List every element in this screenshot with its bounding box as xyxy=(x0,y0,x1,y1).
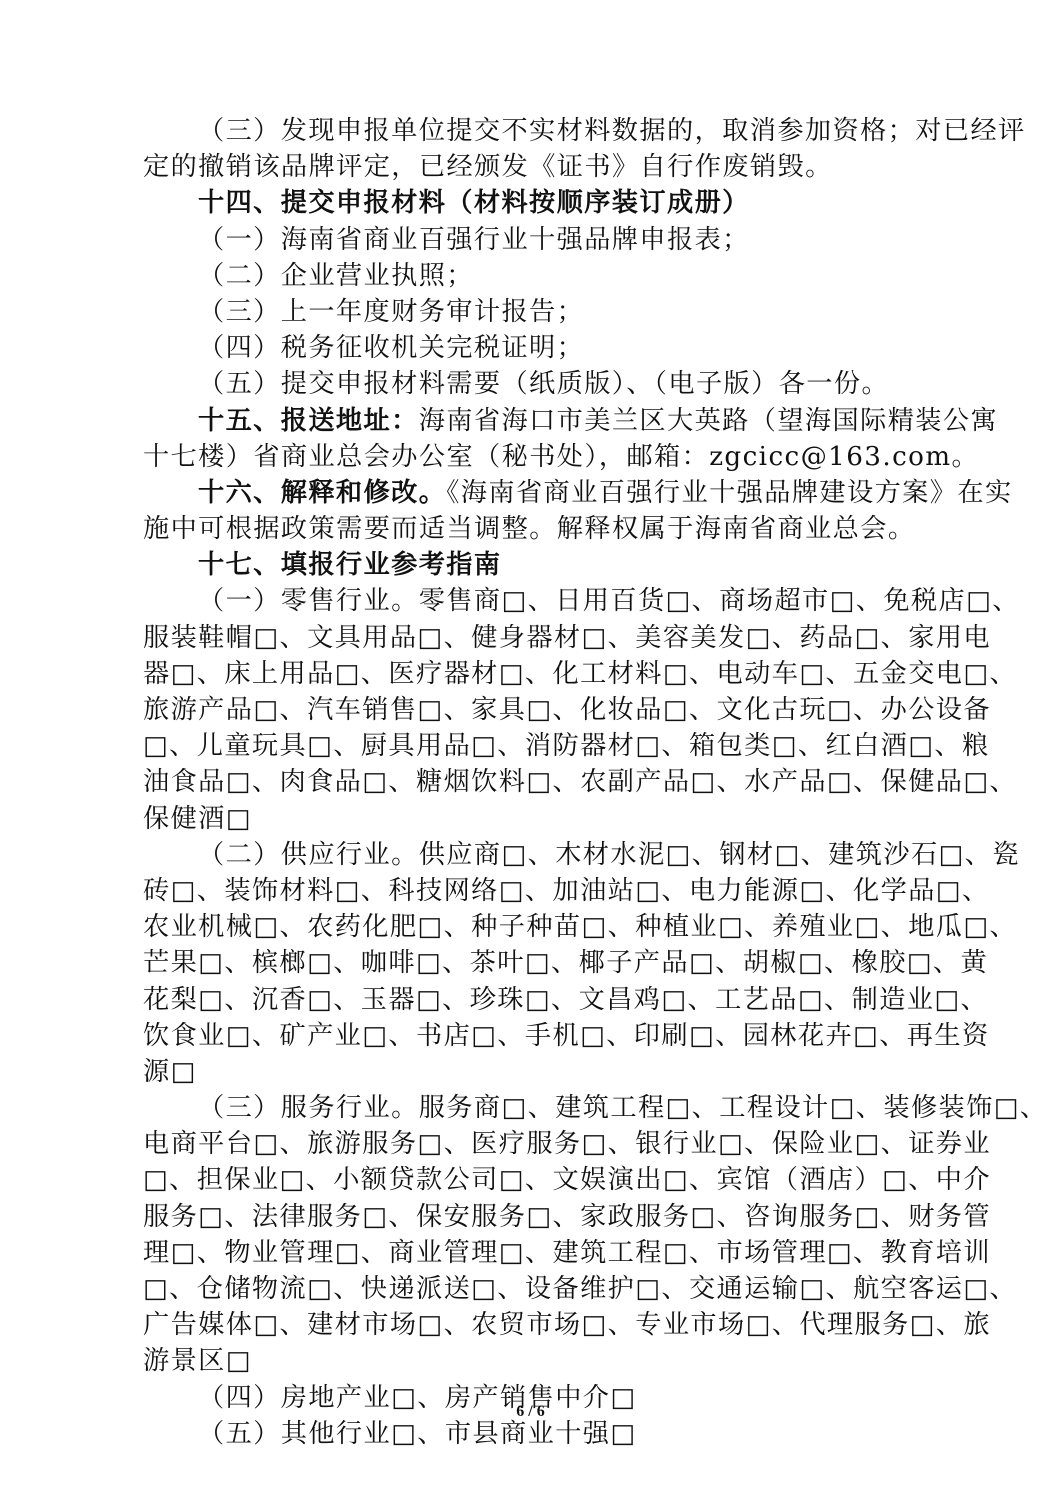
text-line: □、儿童玩具□、厨具用品□、消防器材□、箱包类□、红白酒□、粮 xyxy=(143,728,919,764)
section-heading: 十七、填报行业参考指南 xyxy=(198,549,501,580)
text-line: 理□、物业管理□、商业管理□、建筑工程□、市场管理□、教育培训 xyxy=(143,1235,919,1271)
line-text: （二）供应行业。供应商□、木材水泥□、钢材□、建筑沙石□、瓷 xyxy=(198,840,1020,870)
text-line: 服务□、法律服务□、保安服务□、家政服务□、咨询服务□、财务管 xyxy=(143,1199,919,1235)
line-text: 服装鞋帽□、文具用品□、健身器材□、美容美发□、药品□、家用电 xyxy=(143,623,991,653)
line-text: 油食品□、肉食品□、糖烟饮料□、农副产品□、水产品□、保健品□、 xyxy=(143,767,1017,797)
line-text: （二）企业营业执照； xyxy=(198,261,474,291)
text-line: 器□、床上用品□、医疗器材□、化工材料□、电动车□、五金交电□、 xyxy=(143,656,919,692)
line-text: 游景区□ xyxy=(143,1346,252,1376)
section-heading: 十四、提交申报材料（材料按顺序装订成册） xyxy=(198,187,750,218)
text-line: （三）上一年度财务审计报告； xyxy=(143,294,919,330)
line-text: 芒果□、槟榔□、咖啡□、茶叶□、椰子产品□、胡椒□、橡胶□、黄 xyxy=(143,948,988,978)
line-text: 施中可根据政策需要而适当调整。解释权属于海南省商业总会。 xyxy=(143,514,915,544)
text-line: 施中可根据政策需要而适当调整。解释权属于海南省商业总会。 xyxy=(143,511,919,547)
text-line: （四）税务征收机关完税证明； xyxy=(143,330,919,366)
line-text: 器□、床上用品□、医疗器材□、化工材料□、电动车□、五金交电□、 xyxy=(143,659,1017,689)
text-line: 源□ xyxy=(143,1054,919,1090)
section-heading: 十五、报送地址： xyxy=(198,405,419,436)
line-text: 海南省海口市美兰区大英路（望海国际精装公寓 xyxy=(419,406,998,436)
text-line: 饮食业□、矿产业□、书店□、手机□、印刷□、园林花卉□、再生资 xyxy=(143,1018,919,1054)
line-text: （五）提交申报材料需要（纸质版）、（电子版）各一份。 xyxy=(198,369,889,399)
line-text: 源□ xyxy=(143,1057,197,1087)
text-line: （五）其他行业□、市县商业十强□ xyxy=(143,1416,919,1452)
section-heading: 十六、解释和修改。 xyxy=(198,477,446,508)
text-line: （三）服务行业。服务商□、建筑工程□、工程设计□、装修装饰□、 xyxy=(143,1090,919,1126)
text-line: 十六、解释和修改。《海南省商业百强行业十强品牌建设方案》在实 xyxy=(143,475,919,511)
text-line: （二）企业营业执照； xyxy=(143,258,919,294)
line-text: 保健酒□ xyxy=(143,804,252,834)
text-line: 服装鞋帽□、文具用品□、健身器材□、美容美发□、药品□、家用电 xyxy=(143,620,919,656)
page-number: 6 / 6 xyxy=(0,1403,1061,1421)
line-text: □、担保业□、小额贷款公司□、文娱演出□、宾馆（酒店）□、中介 xyxy=(143,1165,991,1195)
line-text: 饮食业□、矿产业□、书店□、手机□、印刷□、园林花卉□、再生资 xyxy=(143,1021,990,1051)
text-line: □、担保业□、小额贷款公司□、文娱演出□、宾馆（酒店）□、中介 xyxy=(143,1162,919,1198)
text-line: 农业机械□、农药化肥□、种子种苗□、种植业□、养殖业□、地瓜□、 xyxy=(143,909,919,945)
text-line: 游景区□ xyxy=(143,1343,919,1379)
line-text: 砖□、装饰材料□、科技网络□、加油站□、电力能源□、化学品□、 xyxy=(143,876,990,906)
text-line: 保健酒□ xyxy=(143,801,919,837)
line-text: （一）海南省商业百强行业十强品牌申报表； xyxy=(198,225,750,255)
text-line: 十七、填报行业参考指南 xyxy=(143,547,919,583)
line-text: 《海南省商业百强行业十强品牌建设方案》在实 xyxy=(446,478,1012,508)
text-line: （三）发现申报单位提交不实材料数据的，取消参加资格；对已经评 xyxy=(143,113,919,149)
text-line: 砖□、装饰材料□、科技网络□、加油站□、电力能源□、化学品□、 xyxy=(143,873,919,909)
line-text: （一）零售行业。零售商□、日用百货□、商场超市□、免税店□、 xyxy=(198,586,1020,616)
line-text: 农业机械□、农药化肥□、种子种苗□、种植业□、养殖业□、地瓜□、 xyxy=(143,912,1017,942)
text-line: 花梨□、沉香□、玉器□、珍珠□、文昌鸡□、工艺品□、制造业□、 xyxy=(143,982,919,1018)
line-text: □、仓储物流□、快递派送□、设备维护□、交通运输□、航空客运□、 xyxy=(143,1274,1017,1304)
text-line: 芒果□、槟榔□、咖啡□、茶叶□、椰子产品□、胡椒□、橡胶□、黄 xyxy=(143,945,919,981)
text-line: （一）海南省商业百强行业十强品牌申报表； xyxy=(143,222,919,258)
line-text: （五）其他行业□、市县商业十强□ xyxy=(198,1419,637,1449)
text-line: 十四、提交申报材料（材料按顺序装订成册） xyxy=(143,185,919,221)
text-line: （五）提交申报材料需要（纸质版）、（电子版）各一份。 xyxy=(143,366,919,402)
line-text: （三）上一年度财务审计报告； xyxy=(198,297,584,327)
text-line: 定的撤销该品牌评定，已经颁发《证书》自行作废销毁。 xyxy=(143,149,919,185)
document-body: （三）发现申报单位提交不实材料数据的，取消参加资格；对已经评定的撤销该品牌评定，… xyxy=(143,113,919,1452)
text-line: 电商平台□、旅游服务□、医疗服务□、银行业□、保险业□、证券业 xyxy=(143,1126,919,1162)
text-line: 旅游产品□、汽车销售□、家具□、化妆品□、文化古玩□、办公设备 xyxy=(143,692,919,728)
line-text: 服务□、法律服务□、保安服务□、家政服务□、咨询服务□、财务管 xyxy=(143,1202,991,1232)
line-text: 理□、物业管理□、商业管理□、建筑工程□、市场管理□、教育培训 xyxy=(143,1238,991,1268)
text-line: 十五、报送地址：海南省海口市美兰区大英路（望海国际精装公寓 xyxy=(143,403,919,439)
line-text: （三）服务行业。服务商□、建筑工程□、工程设计□、装修装饰□、 xyxy=(198,1093,1047,1123)
text-line: （一）零售行业。零售商□、日用百货□、商场超市□、免税店□、 xyxy=(143,583,919,619)
line-text: 旅游产品□、汽车销售□、家具□、化妆品□、文化古玩□、办公设备 xyxy=(143,695,991,725)
line-text: 定的撤销该品牌评定，已经颁发《证书》自行作废销毁。 xyxy=(143,152,833,182)
text-line: 十七楼）省商业总会办公室（秘书处），邮箱：zgcicc@163.com。 xyxy=(143,439,919,475)
line-text: （四）税务征收机关完税证明； xyxy=(198,333,584,363)
line-text: 十七楼）省商业总会办公室（秘书处），邮箱：zgcicc@163.com。 xyxy=(143,442,979,472)
line-text: □、儿童玩具□、厨具用品□、消防器材□、箱包类□、红白酒□、粮 xyxy=(143,731,990,761)
text-line: 广告媒体□、建材市场□、农贸市场□、专业市场□、代理服务□、旅 xyxy=(143,1307,919,1343)
text-line: □、仓储物流□、快递派送□、设备维护□、交通运输□、航空客运□、 xyxy=(143,1271,919,1307)
text-line: （二）供应行业。供应商□、木材水泥□、钢材□、建筑沙石□、瓷 xyxy=(143,837,919,873)
line-text: 电商平台□、旅游服务□、医疗服务□、银行业□、保险业□、证券业 xyxy=(143,1129,991,1159)
text-line: 油食品□、肉食品□、糖烟饮料□、农副产品□、水产品□、保健品□、 xyxy=(143,764,919,800)
line-text: 广告媒体□、建材市场□、农贸市场□、专业市场□、代理服务□、旅 xyxy=(143,1310,991,1340)
line-text: 花梨□、沉香□、玉器□、珍珠□、文昌鸡□、工艺品□、制造业□、 xyxy=(143,985,988,1015)
line-text: （三）发现申报单位提交不实材料数据的，取消参加资格；对已经评 xyxy=(198,116,1026,146)
